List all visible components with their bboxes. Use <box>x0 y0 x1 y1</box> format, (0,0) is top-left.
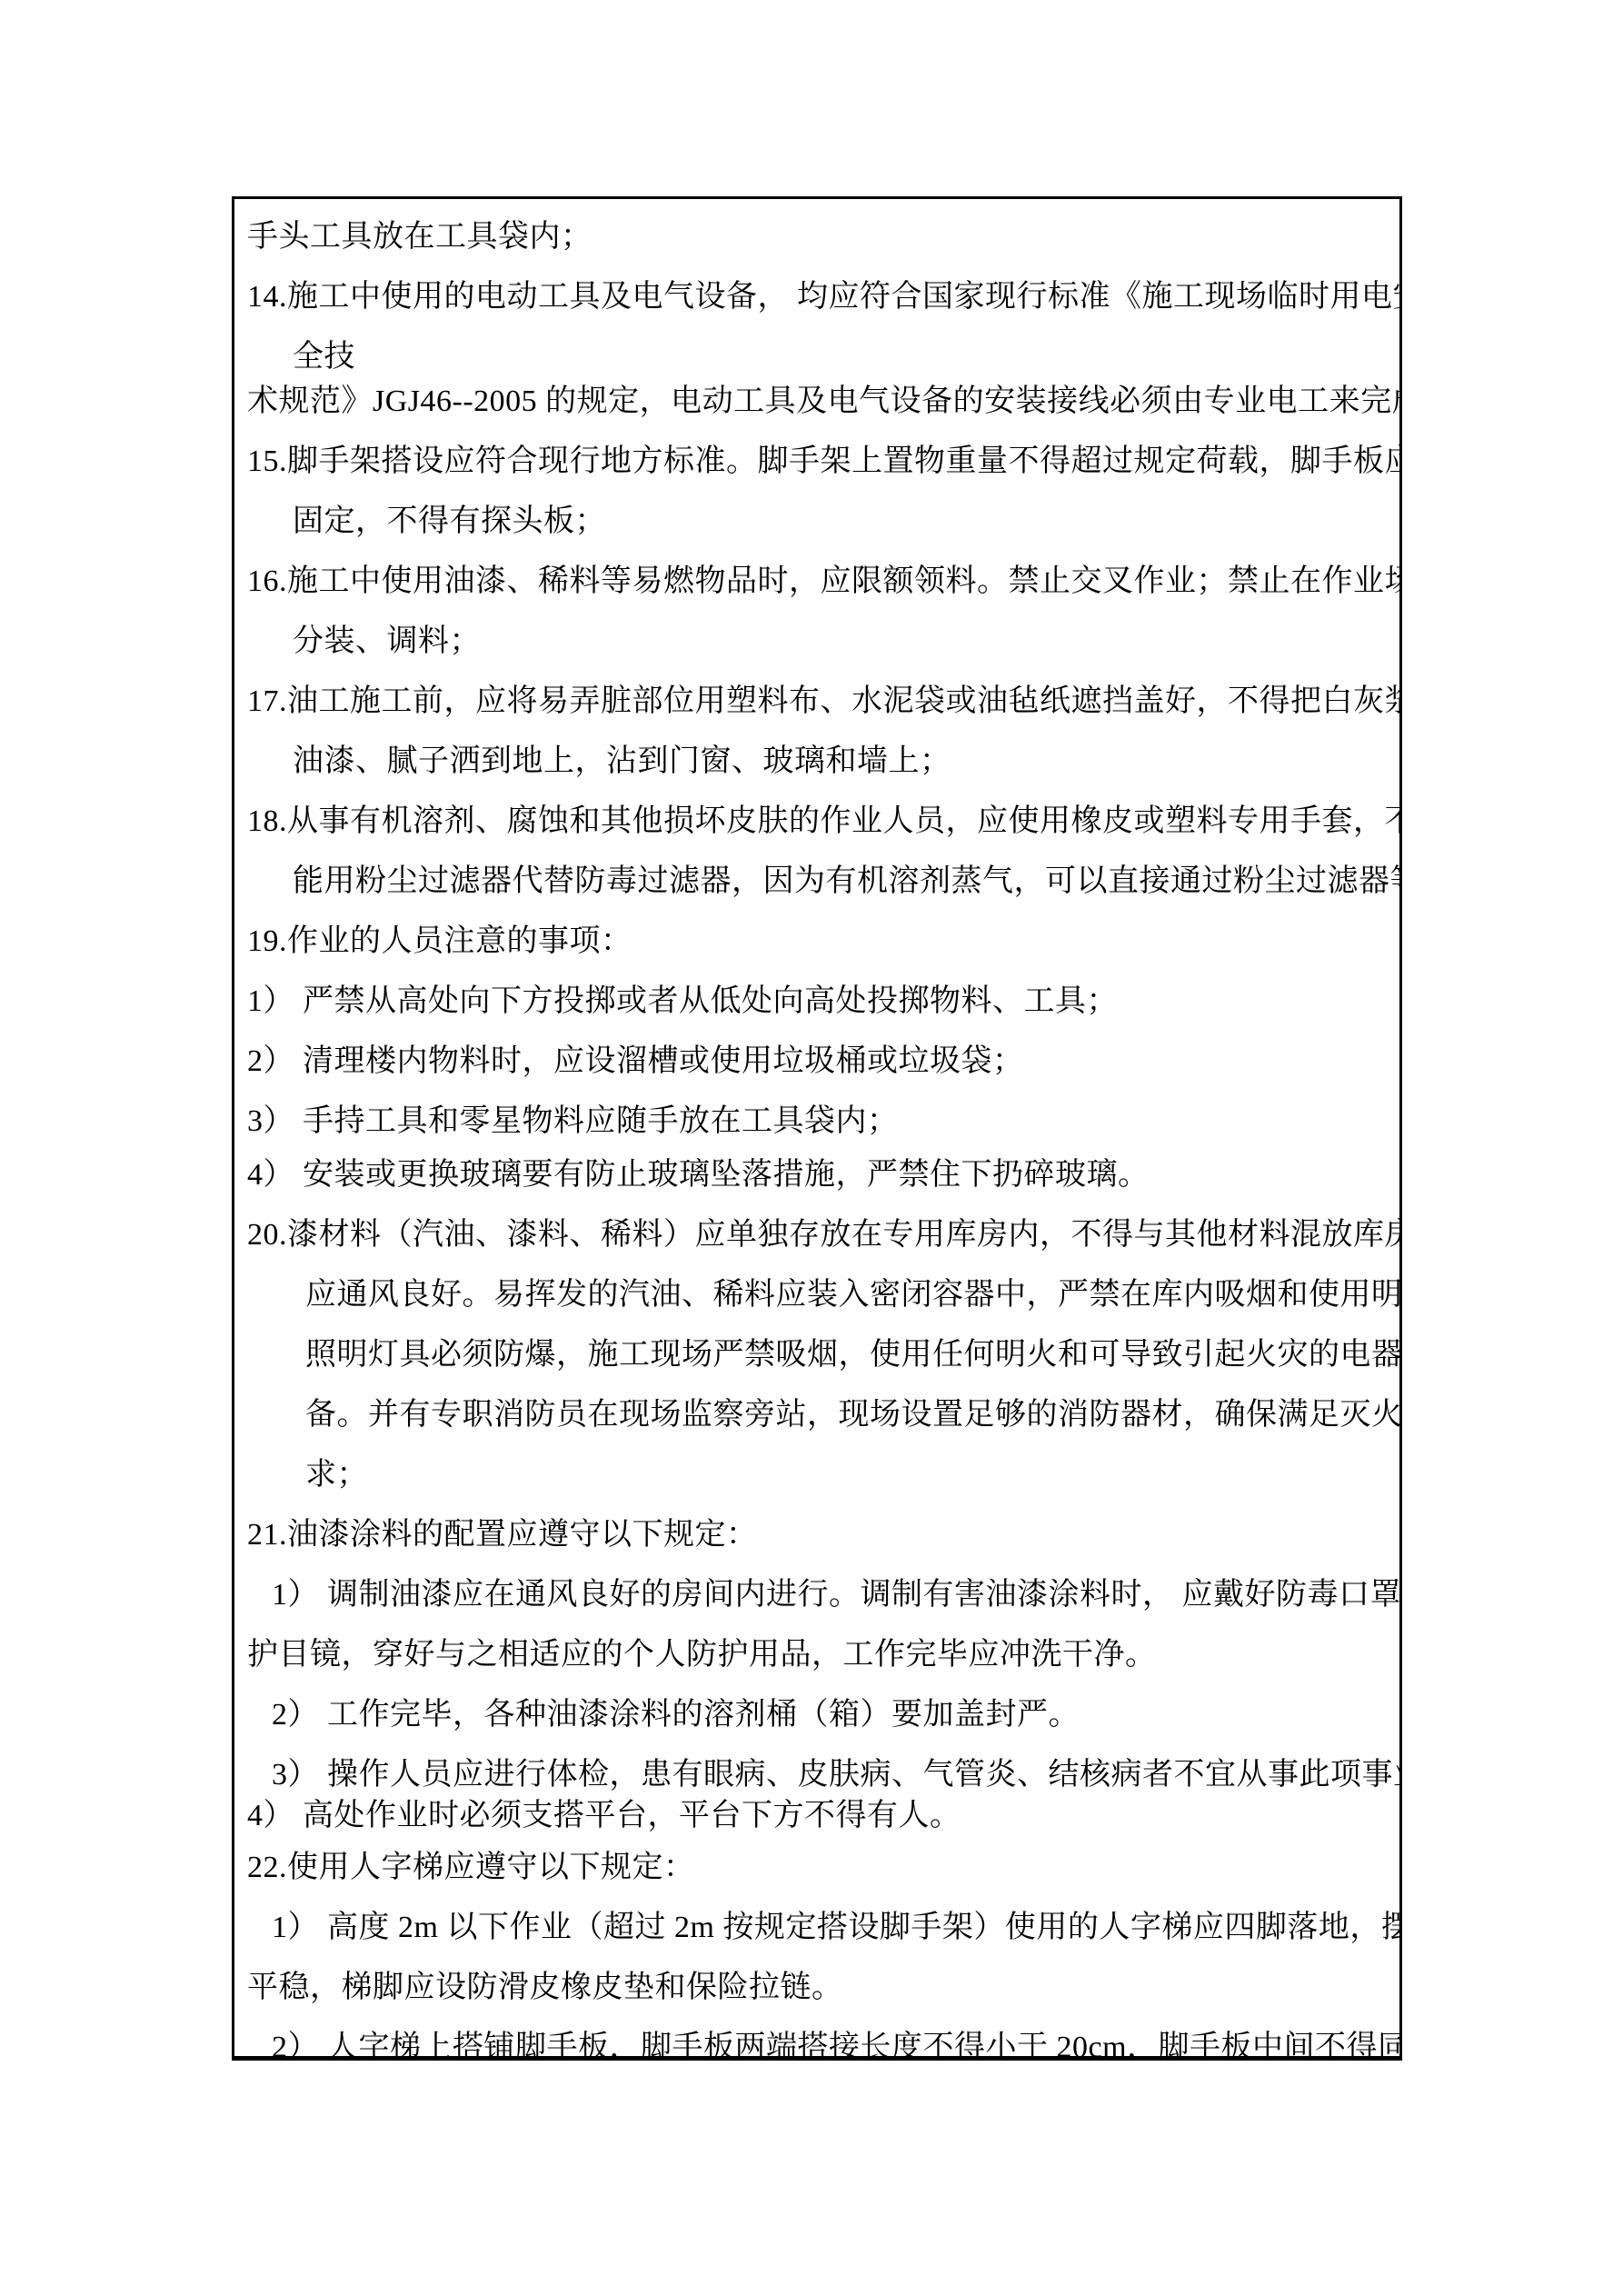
text-line: 3） 手持工具和零星物料应随手放在工具袋内； <box>247 1101 1387 1142</box>
text-line: 3） 操作人员应进行体检，患有眼病、皮肤病、气管炎、结核病者不宜从事此项事业。 <box>247 1754 1387 1795</box>
text-line: 护目镜，穿好与之相适应的个人防护用品，工作完毕应冲洗干净。 <box>247 1634 1387 1675</box>
text-line: 手头工具放在工具袋内； <box>247 216 1387 257</box>
text-line: 1） 调制油漆应在通风良好的房间内进行。调制有害油漆涂料时， 应戴好防毒口罩、 <box>247 1574 1387 1615</box>
text-line: 固定，不得有探头板； <box>247 501 1387 542</box>
text-line: 1） 严禁从高处向下方投掷或者从低处向高处投掷物料、工具； <box>247 981 1387 1022</box>
text-line: 平稳，梯脚应设防滑皮橡皮垫和保险拉链。 <box>247 1967 1387 2008</box>
text-line: 1） 高度 2m 以下作业（超过 2m 按规定搭设脚手架）使用的人字梯应四脚落地… <box>247 1907 1387 1948</box>
text-line: 分装、调料； <box>247 621 1387 662</box>
text-line: 2） 人字梯上搭铺脚手板，脚手板两端搭接长度不得小于 20cm，脚手板中间不得同… <box>247 2027 1387 2061</box>
document-page-surface: 手头工具放在工具袋内；14.施工中使用的电动工具及电气设备， 均应符合国家现行标… <box>0 0 1623 2296</box>
text-line: 20.漆材料（汽油、漆料、稀料）应单独存放在专用库房内，不得与其他材料混放库房 <box>247 1214 1387 1255</box>
text-line: 15.脚手架搭设应符合现行地方标准。脚手架上置物重量不得超过规定荷载，脚手板应 <box>247 441 1387 482</box>
text-line: 14.施工中使用的电动工具及电气设备， 均应符合国家现行标准《施工现场临时用电安 <box>247 276 1387 317</box>
text-line: 全技 <box>247 336 1387 377</box>
text-line: 22.使用人字梯应遵守以下规定： <box>247 1847 1387 1888</box>
text-line: 21.油漆涂料的配置应遵守以下规定： <box>247 1514 1387 1555</box>
text-line: 4） 安装或更换玻璃要有防止玻璃坠落措施，严禁住下扔碎玻璃。 <box>247 1154 1387 1195</box>
text-line: 17.油工施工前，应将易弄脏部位用塑料布、水泥袋或油毡纸遮挡盖好，不得把白灰浆、 <box>247 681 1387 722</box>
text-line: 2） 工作完毕，各种油漆涂料的溶剂桶（箱）要加盖封严。 <box>247 1694 1387 1735</box>
text-line: 油漆、腻子洒到地上，沾到门窗、玻璃和墙上； <box>247 741 1387 782</box>
text-line: 能用粉尘过滤器代替防毒过滤器，因为有机溶剂蒸气，可以直接通过粉尘过滤器等； <box>247 861 1387 902</box>
text-line: 2） 清理楼内物料时，应设溜槽或使用垃圾桶或垃圾袋； <box>247 1041 1387 1082</box>
document-page: { "document": { "kind": "safety-regulati… <box>0 0 1623 2296</box>
text-line: 术规范》JGJ46--2005 的规定，电动工具及电气设备的安装接线必须由专业电… <box>247 381 1387 422</box>
safety-rules-table-cell: 手头工具放在工具袋内；14.施工中使用的电动工具及电气设备， 均应符合国家现行标… <box>232 196 1402 2061</box>
text-line: 19.作业的人员注意的事项： <box>247 921 1387 962</box>
text-line: 18.从事有机溶剂、腐蚀和其他损坏皮肤的作业人员，应使用橡皮或塑料专用手套，不 <box>247 801 1387 842</box>
text-line: 16.施工中使用油漆、稀料等易燃物品时，应限额领料。禁止交叉作业；禁止在作业场 <box>247 561 1387 602</box>
text-line: 4） 高处作业时必须支搭平台，平台下方不得有人。 <box>247 1795 1387 1836</box>
text-line: 照明灯具必须防爆，施工现场严禁吸烟，使用任何明火和可导致引起火灾的电器设 <box>247 1334 1387 1375</box>
text-line: 应通风良好。易挥发的汽油、稀料应装入密闭容器中，严禁在库内吸烟和使用明火， <box>247 1274 1387 1315</box>
text-line: 备。并有专职消防员在现场监察旁站，现场设置足够的消防器材，确保满足灭火要 <box>247 1394 1387 1435</box>
text-line: 求； <box>247 1454 1387 1495</box>
